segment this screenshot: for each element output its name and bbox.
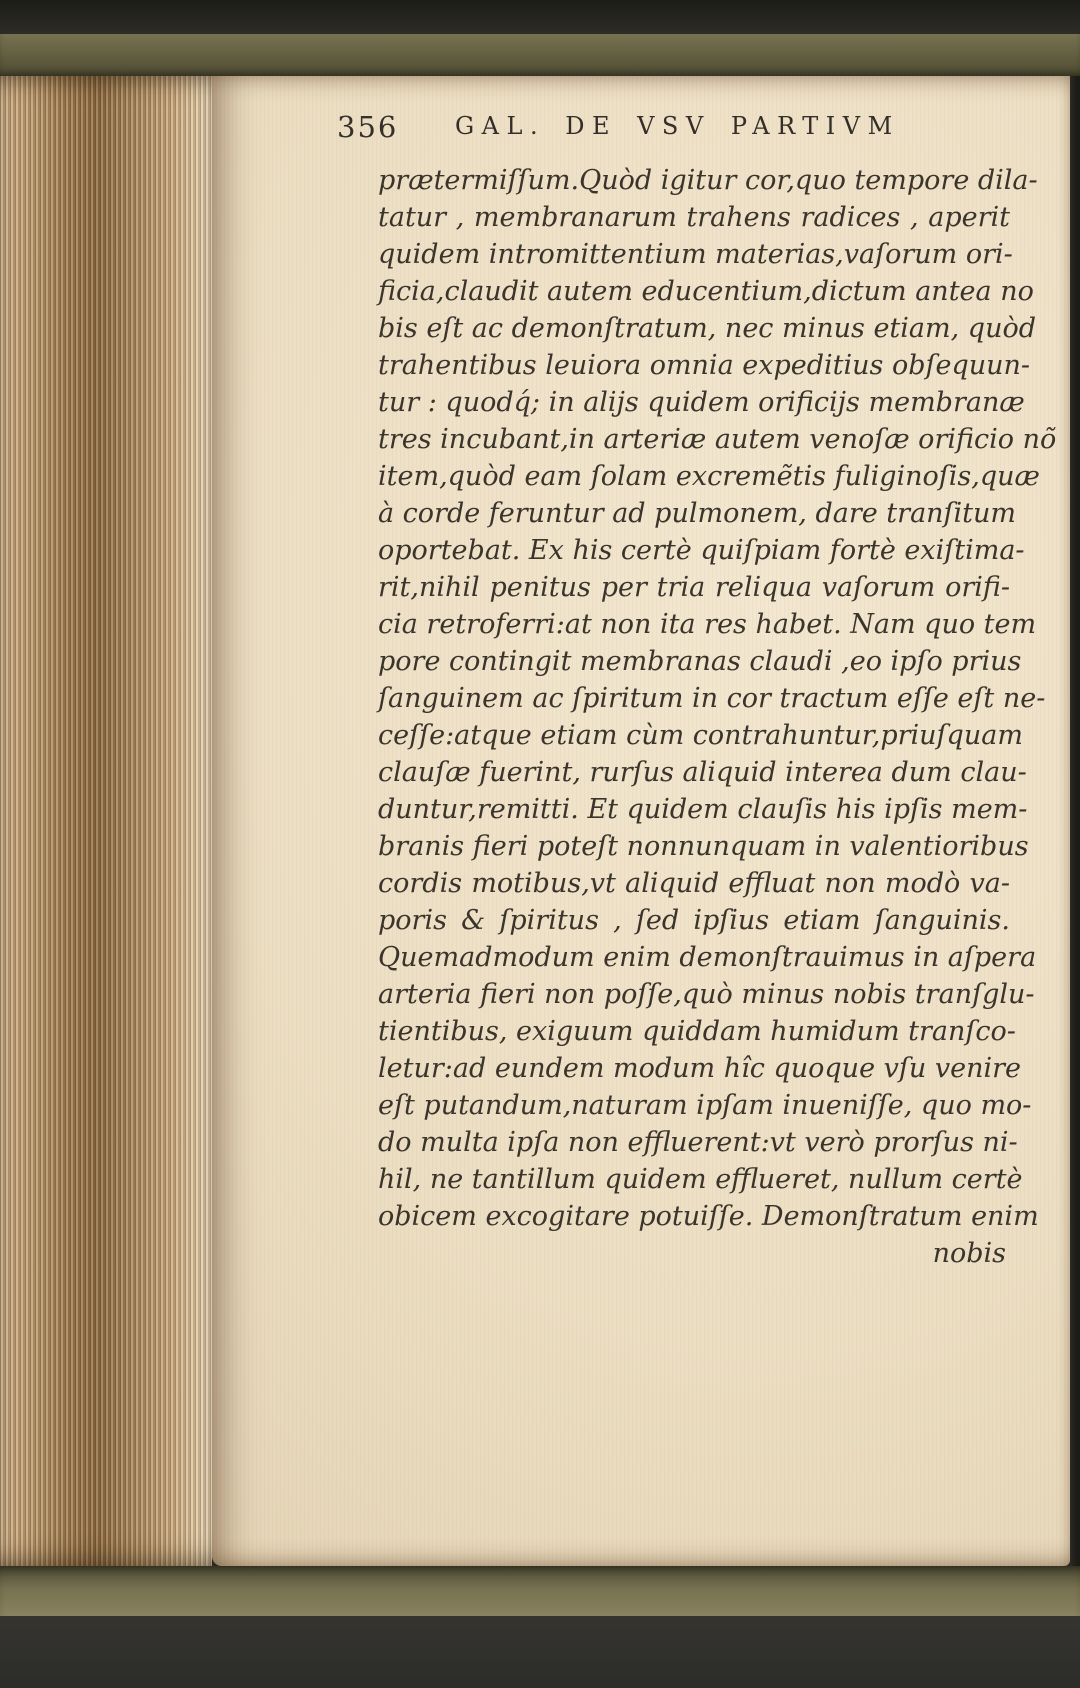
- book-photo: 356 GAL. DE VSV PARTIVM prætermiſſum.Quò…: [0, 0, 1080, 1688]
- text-line: trahentibus leuiora omnia expeditius obſ…: [378, 347, 1010, 384]
- book-page: 356 GAL. DE VSV PARTIVM prætermiſſum.Quò…: [212, 76, 1070, 1566]
- text-line: eſt putandum,naturam ipſam inueniſſe, qu…: [378, 1087, 1010, 1124]
- text-line: cia retroferri:at non ita res habet. Nam…: [378, 606, 1010, 643]
- text-line: ficia,claudit autem educentium,dictum an…: [378, 273, 1010, 310]
- text-line: Quemadmodum enim demonſtrauimus in aſper…: [378, 939, 1010, 976]
- background-bottom: [0, 1616, 1080, 1688]
- text-line: arteria fieri non poſſe,quò minus nobis …: [378, 976, 1010, 1013]
- book-cover-top-edge: [0, 34, 1080, 76]
- text-line: cordis motibus,vt aliquid effluat non mo…: [378, 865, 1010, 902]
- text-line: do multa ipſa non effluerent:vt verò pro…: [378, 1124, 1010, 1161]
- text-line: duntur,remitti. Et quidem clauſis his ip…: [378, 791, 1010, 828]
- background-right-edge: [1070, 76, 1080, 1566]
- text-line: letur:ad eundem modum hîc quoque vſu ven…: [378, 1050, 1010, 1087]
- text-line: obicem excogitare potuiſſe. Demonſtratum…: [378, 1198, 1010, 1235]
- text-line: tatur , membranarum trahens radices , ap…: [378, 199, 1010, 236]
- text-line: tientibus, exiguum quiddam humidum tranſ…: [378, 1013, 1010, 1050]
- text-line: rit,nihil penitus per tria reliqua vaſor…: [378, 569, 1010, 606]
- running-title: GAL. DE VSV PARTIVM: [455, 112, 900, 140]
- body-text: prætermiſſum.Quòd igitur cor,quo tempore…: [378, 162, 1010, 1272]
- text-line: tur : quodq́; in alijs quidem orificijs …: [378, 384, 1010, 421]
- text-line: ſanguinem ac ſpiritum in cor tractum eſſ…: [378, 680, 1010, 717]
- text-line: oportebat. Ex his certè quiſpiam fortè e…: [378, 532, 1010, 569]
- text-line: item,quòd eam ſolam excremẽtis fuliginoſ…: [378, 458, 1010, 495]
- text-line: branis fieri poteſt nonnunquam in valent…: [378, 828, 1010, 865]
- page-number: 356: [337, 110, 398, 144]
- book-cover-bottom-edge: [0, 1566, 1080, 1616]
- open-book: 356 GAL. DE VSV PARTIVM prætermiſſum.Quò…: [0, 76, 1080, 1566]
- text-line: bis eſt ac demonſtratum, nec minus etiam…: [378, 310, 1010, 347]
- catchword: nobis: [378, 1235, 1010, 1272]
- text-line: pore contingit membranas claudi ,eo ipſo…: [378, 643, 1010, 680]
- text-line: tres incubant,in arteriæ autem venoſæ or…: [378, 421, 1010, 458]
- background-top: [0, 0, 1080, 34]
- text-line: hil, ne tantillum quidem efflueret, null…: [378, 1161, 1010, 1198]
- text-line: ceſſe:atque etiam cùm contrahuntur,priuſ…: [378, 717, 1010, 754]
- text-line: clauſæ fuerint, rurſus aliquid interea d…: [378, 754, 1010, 791]
- page-edges-stack: [0, 76, 212, 1566]
- text-line: quidem intromittentium materias,vaſorum …: [378, 236, 1010, 273]
- text-line: prætermiſſum.Quòd igitur cor,quo tempore…: [378, 162, 1010, 199]
- text-line: à corde feruntur ad pulmonem, dare tranſ…: [378, 495, 1010, 532]
- text-line: poris & ſpiritus , ſed ipſius etiam ſang…: [378, 902, 1010, 939]
